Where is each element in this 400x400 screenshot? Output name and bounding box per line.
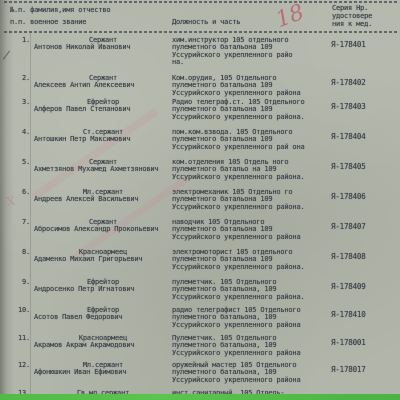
row-number: 7. (8, 219, 30, 226)
row-number: 2. (8, 75, 30, 82)
certificate-number: Я-178409 (331, 283, 366, 290)
header-index-line2: п.п. военное звание (10, 19, 86, 26)
position-and-unit: Ком.орудия, 105 Отдельного пулеметного б… (172, 75, 305, 97)
certificate-number: Я-178001 (331, 339, 366, 346)
person-name: Абросимов Александр Прокопьевич (34, 226, 172, 233)
certificate-number: Я-178403 (331, 103, 366, 110)
row-number: 10. (8, 307, 30, 314)
position-and-unit: электромоторист 105 отдельного пулеметно… (172, 249, 305, 271)
certificate-number: Я-178410 (331, 311, 366, 318)
certificate-number: Я-178402 (331, 79, 366, 86)
scanned-document-page: №.п. фамилия,имя отчество п.п. военное з… (0, 0, 400, 400)
person-name: Адаменко Михаил Григорьевич (34, 256, 172, 263)
row-number: 8. (8, 249, 30, 256)
certificate-number: Я-178017 (331, 366, 366, 373)
person-name: Афонюшкин Иван Ефимович (34, 369, 172, 376)
position-and-unit: электромеханик 105 Отдельно го пулеметно… (172, 189, 305, 211)
position-and-unit: ком.отделения 105 Отдель ного пулеметног… (172, 159, 305, 181)
faded-stamp-streak (31, 108, 158, 201)
row-number: 1. (8, 37, 30, 44)
person-name: Антонов Николай Иванович (34, 44, 172, 51)
scanner-green-strip (0, 394, 400, 400)
certificate-number: Я-178404 (331, 133, 366, 140)
certificate-number: Я-178405 (331, 163, 366, 170)
person-name: Ахметзянов Мухамед Ахметзянович (34, 166, 172, 173)
certificate-number: Я-178407 (331, 223, 366, 230)
position-and-unit: хим.инструктор 105 отдельного пулеметног… (172, 37, 305, 66)
pencil-check-mark: / (2, 47, 12, 62)
header-index-line1: №.п. фамилия,имя отчество (10, 7, 110, 14)
position-and-unit: оружейный мастер 105 Отдельного пулеметн… (172, 362, 305, 384)
certificate-number: Я-178401 (331, 41, 366, 48)
person-name: Антошкин Петр Максимович (34, 136, 172, 143)
position-and-unit: радио телеграфист 105 Отдельного пулемет… (172, 307, 305, 329)
column-fold-line (30, 33, 31, 400)
row-number: 6. (8, 189, 30, 196)
person-name: Андросенко Петр Игнатович (34, 286, 172, 293)
person-name: Асотов Павел Федорович (34, 314, 172, 321)
typed-divider-top (4, 1, 398, 3)
person-name: Алексеев Антип Алексеевич (34, 82, 172, 89)
certificate-number: Я-178406 (331, 193, 366, 200)
position-and-unit: пом.ком.взвода. 105 Отдельного пулеметно… (172, 129, 305, 151)
position-and-unit: наводчик 105 Отдельного пулеметного бата… (172, 219, 305, 241)
row-number: 11. (8, 335, 30, 342)
certificate-number: Я-178408 (331, 253, 366, 260)
position-and-unit: Пулеметчик. 105 Отдельного пулеметного б… (172, 335, 305, 357)
row-number: 9. (8, 279, 30, 286)
header-series-line3: ния к мед. (332, 21, 372, 28)
position-and-unit: Радио телеграф.ст. 105 Отдельного пулеме… (172, 99, 305, 121)
row-number: 12. (8, 362, 30, 369)
row-number: 5. (8, 159, 30, 166)
row-number: 4. (8, 129, 30, 136)
header-position-column: Должность и часть (172, 19, 240, 26)
row-number: 3. (8, 99, 30, 106)
person-name: Акрамов Акрам Акрамодович (34, 342, 172, 349)
person-name: Андреев Алексей Васильевич (34, 196, 172, 203)
handwritten-red-number: 18 (273, 0, 308, 33)
position-and-unit: пулеметчик. 105 Отдельного пулеметного б… (172, 279, 305, 301)
typed-divider-header (4, 31, 398, 33)
person-name: Алферов Павел Степанович (34, 106, 172, 113)
